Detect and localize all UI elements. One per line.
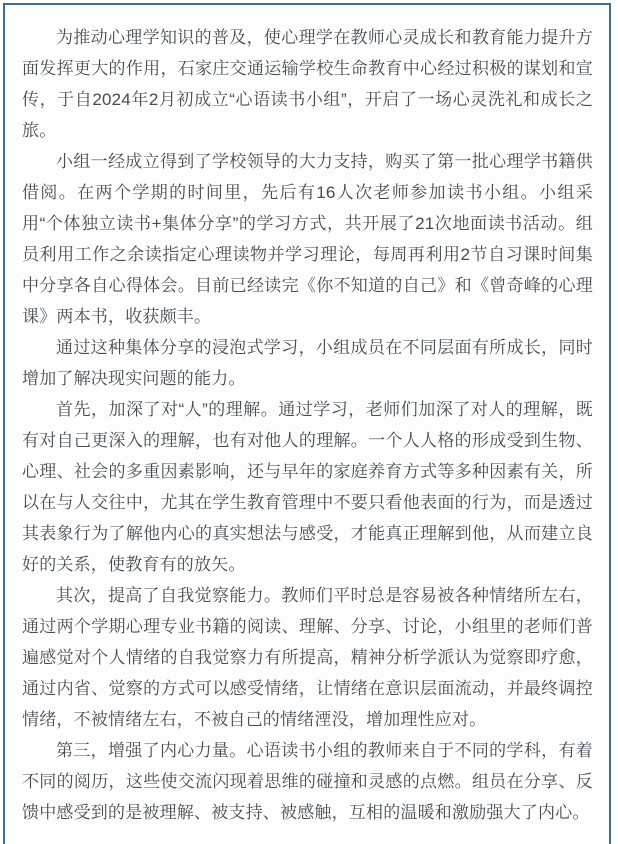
paragraph-group-activities: 小组一经成立得到了学校领导的大力支持，购买了第一批心理学书籍供借阅。在两个学期的… [22,146,593,332]
paragraph-intro: 为推动心理学知识的普及，使心理学在教师心灵成长和教育能力提升方面发挥更大的作用，… [22,22,593,146]
paragraph-point-second: 其次，提高了自我觉察能力。教师们平时总是容易被各种情绪所左右，通过两个学期心理专… [22,580,593,735]
article-page: 为推动心理学知识的普及，使心理学在教师心灵成长和教育能力提升方面发挥更大的作用，… [3,3,611,844]
paragraph-point-third: 第三，增强了内心力量。心语读书小组的教师来自于不同的学科，有着不同的阅历，这些使… [22,735,593,828]
article-content: 为推动心理学知识的普及，使心理学在教师心灵成长和教育能力提升方面发挥更大的作用，… [5,5,609,828]
article-viewport: 为推动心理学知识的普及，使心理学在教师心灵成长和教育能力提升方面发挥更大的作用，… [0,0,618,844]
paragraph-growth-summary: 通过这种集体分享的浸泡式学习，小组成员在不同层面有所成长，同时增加了解决现实问题… [22,332,593,394]
paragraph-point-first: 首先，加深了对“人”的理解。通过学习，老师们加深了对人的理解，既有对自己更深入的… [22,394,593,580]
